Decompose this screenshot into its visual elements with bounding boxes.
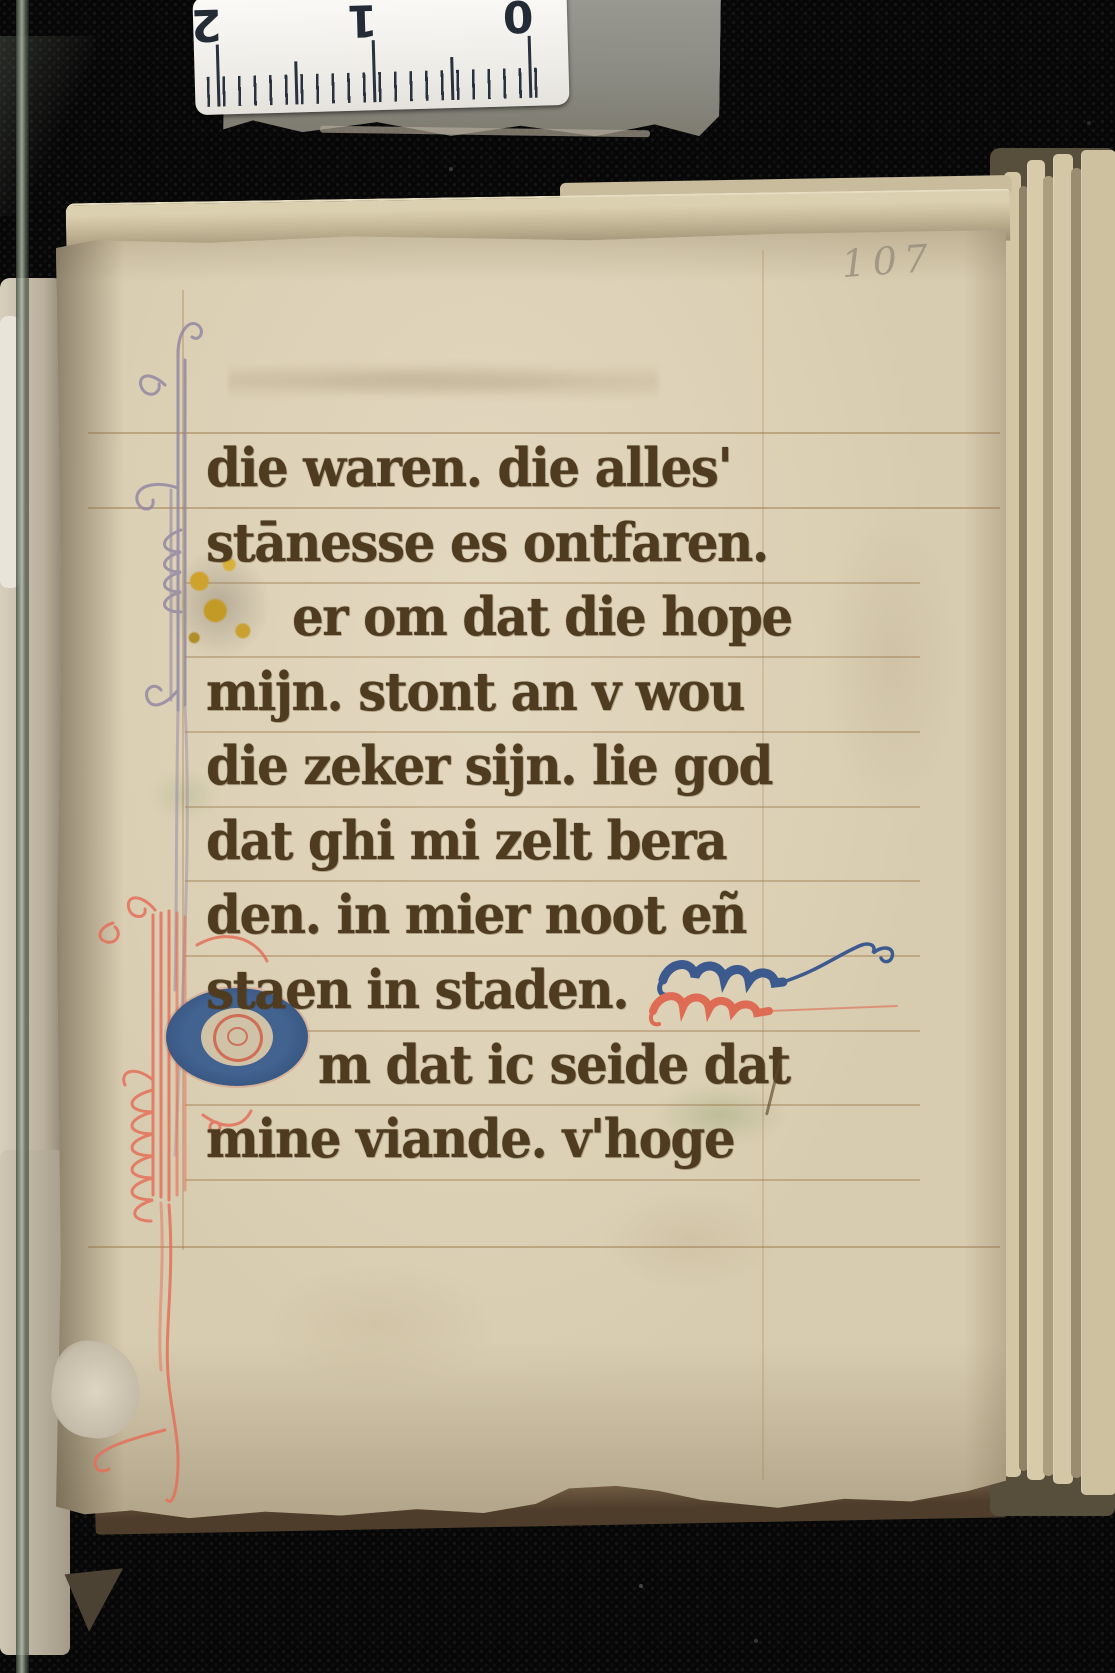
glass-reflection [0, 36, 95, 216]
manuscript-photo: 2 1 0 [0, 0, 1115, 1673]
dust-specks [0, 0, 2, 2]
page-edge [1053, 154, 1073, 1484]
ruler-halfcm-tick [294, 61, 298, 104]
ink-bleedthrough [228, 360, 658, 404]
page-edge [1081, 150, 1115, 1495]
fore-edge-stack [990, 148, 1115, 1516]
ruling-line-vertical [762, 250, 764, 1480]
stain [820, 500, 960, 820]
folio-number: 107 [840, 234, 964, 302]
text-line-10: mine viande. v'hoge [206, 1107, 734, 1196]
stain [600, 1190, 780, 1290]
glass-plate-edge [16, 0, 29, 1673]
ruler-ticks [206, 33, 558, 107]
ruler-halfcm-tick [450, 57, 454, 100]
measuring-ruler: 2 1 0 [192, 0, 569, 115]
